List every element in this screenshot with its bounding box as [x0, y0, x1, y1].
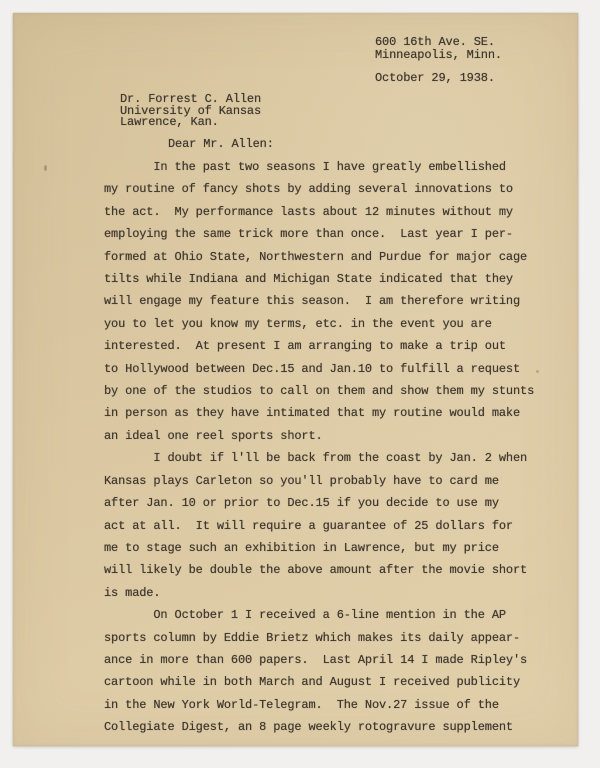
letter-paper: 600 16th Ave. SE. Minneapolis, Minn. Oct…: [13, 13, 578, 746]
letter-body: In the past two seasons I have greatly e…: [104, 156, 534, 739]
salutation: Dear Mr. Allen:: [168, 137, 274, 151]
sender-address: 600 16th Ave. SE. Minneapolis, Minn.: [375, 36, 502, 61]
ink-speck: [536, 370, 539, 373]
recipient-address: Dr. Forrest C. Allen University of Kansa…: [120, 94, 261, 129]
ink-speck: [44, 165, 47, 171]
letter-date: October 29, 1938.: [375, 71, 495, 85]
scan-background: 600 16th Ave. SE. Minneapolis, Minn. Oct…: [0, 0, 600, 768]
